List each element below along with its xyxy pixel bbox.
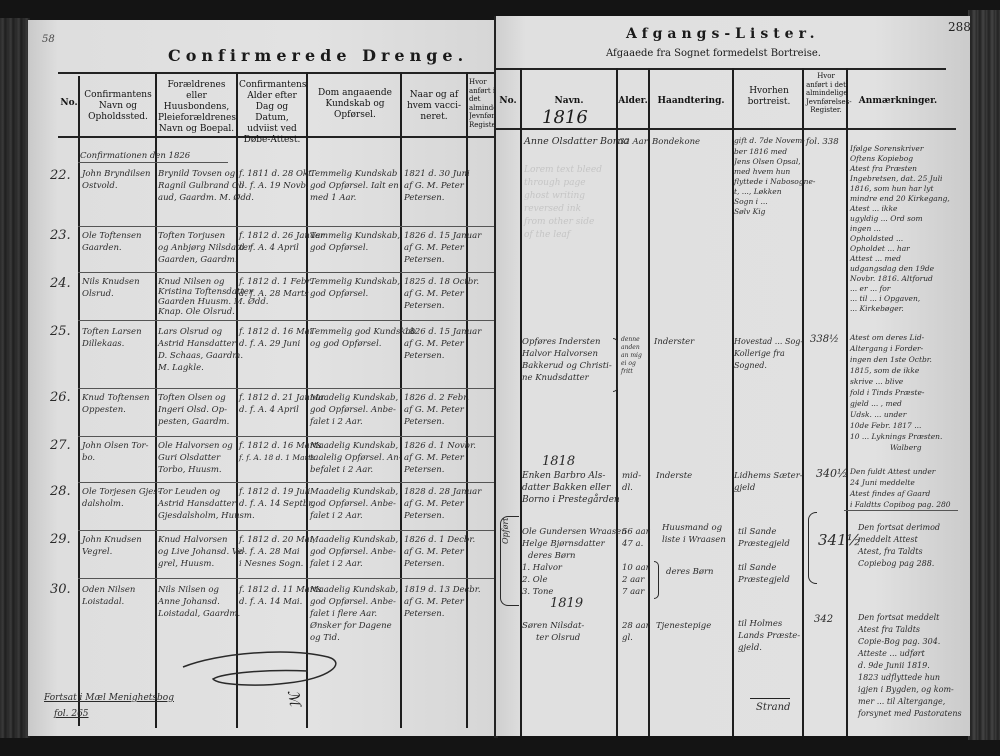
entry-name: Ole Gundersen Wraasen [522,526,627,538]
entry-vaccination: af G. M. Peter [404,338,464,350]
col-divider [400,72,402,728]
entry-destination: gjeld [734,482,755,494]
entry-parents: Anne Johansd. [158,596,220,608]
entry-parents: og Anbjørg Nilsdatter [158,242,252,254]
col-header-name: Navn. [522,96,616,107]
closing-flourish [178,645,348,695]
col-header-register: Hvor anført i det almindelige Jevnførels… [806,72,846,115]
entry-vaccination: 1828 d. 28 Januar [404,486,481,498]
entry-name: Nils Knudsen [82,276,140,288]
col-header-vaccination: Naar og af hvem vacci-neret. [404,90,464,123]
col-divider [78,76,80,726]
entry-vaccination: af G. M. Peter [404,596,464,608]
entry-vaccination: af G. M. Peter [404,242,464,254]
entry-age: 32 Aar [619,136,648,148]
entry-destination: gjeld. [738,642,762,654]
entry-residence: Oppesten. [82,404,126,416]
entry-name: Oden Nilsen [82,584,135,596]
entry-remarks: Atest om deres Lid-Altergang i Forder-in… [850,332,960,453]
footer-note: Fortsat i Mæl Menighetsbog [44,692,174,704]
entry-age: fritt [621,368,633,376]
col-header-remarks: Anmærkninger. [848,96,948,107]
entry-parents: Lars Olsrud og [158,326,222,338]
entry-age: gl. [622,632,633,644]
entry-name: Toften Larsen [82,326,142,338]
entry-judgement: falet i flere Aar. [310,608,377,620]
row-rule [78,530,498,531]
entry-judgement: Maadelig Kundskab, [310,486,398,498]
entry-occupation: Bondekone [652,136,700,148]
bracket [654,561,659,599]
entry-judgement: Temmelig god Kundskab [310,326,416,338]
entry-remarks: Ifølge SorenskriverOftens KopiebogAtest … [850,134,960,314]
book-left-edge [0,18,30,738]
entry-vaccination: Petersen. [404,192,444,204]
entry-destination: til Holmes [738,618,782,630]
entry-name: Anne Olsdatter Borno [524,136,629,148]
entry-name: datter Bakken eller [522,482,610,494]
entry-name: ter Olsrud [536,632,580,644]
entry-age: 47 a. [622,538,643,550]
entry-destination: Sogned. [734,360,767,372]
entry-age: an mig [621,352,642,360]
entry-register: 342 [814,614,833,626]
col-divider [155,72,157,728]
left-page: 58 Confirmerede Drenge. No. Confirmanten… [28,20,498,736]
entry-parents: Toften Olsen og [158,392,226,404]
entry-parents: grel, Huusm. [158,558,214,570]
entry-residence: dalsholm. [82,498,124,510]
entry-vaccination: 1826 d. 15 Januar [404,326,481,338]
entry-parents: Ragnil Gulbrand Ol- [158,180,244,192]
entry-vaccination: 1826 d. 1 Novbr. [404,440,476,452]
row-rule [78,272,498,273]
entry-name: Halvor Halvorsen [522,348,598,360]
entry-baptism: d. f. A. 14 Septbr. [239,498,314,510]
entry-parents: Astrid Hansdatter [158,338,236,350]
entry-judgement: god Opførsel. Anbe- [310,546,396,558]
entry-name: Enken Barbro Als- [522,470,605,482]
entry-parents: Ingeri Olsd. Op- [158,404,227,416]
entry-number: 28. [50,486,71,498]
col-header-age: Alder. [618,96,648,107]
entry-baptism: d. f. A. 28 Mai [239,546,300,558]
entry-parents: Brynild Tovsen og [158,168,235,180]
entry-age: 10 aar [622,562,650,574]
row-rule [78,320,498,321]
entry-remarks: Den fortsat derimodmeddelt AttestAtest, … [858,522,958,570]
section-note: Confirmationen den 1826 [80,150,190,162]
col-divider [520,68,522,736]
entry-birthplace: i Nesnes Sogn. [239,558,303,570]
entry-register: 338½ [810,334,839,346]
entry-vaccination: af G. M. Peter [404,452,464,464]
entry-name: Helge Bjørnsdatter [522,538,605,550]
entry-occupation: Inderster [654,336,694,348]
entry-judgement: god Opførsel. Anbe- [310,404,396,416]
col-divider [846,68,848,736]
bleed-through: Lorem text bleed through page ghost writ… [524,164,602,242]
entry-judgement: Maadelig Kundskab, [310,584,398,596]
entry-name: Ole Toftensen [82,230,141,242]
entry-judgement: Temmelig Kundskab [310,168,397,180]
entry-parents: Guri Olsdatter [158,452,220,464]
entry-parents: Knap. Ole Olsrud. [158,306,235,318]
entry-child-name: 2. Ole [522,574,548,586]
entry-vaccination: Petersen. [404,350,444,362]
right-page-subtitle: Afgaaede fra Sognet formedelst Bortreise… [606,48,821,59]
entry-occupation: Tjenestepige [656,620,711,632]
entry-judgement: Maadelig Kundskab, [310,534,398,546]
entry-residence: Gaarden. [82,242,122,254]
entry-name: Søren Nilsdat- [522,620,584,632]
col-header-occupation: Haandtering. [650,96,732,107]
entry-destination: Præstegjeld [738,538,790,550]
col-header-no: No. [58,98,80,109]
entry-parents: Astrid Hansdatter [158,498,236,510]
entry-vaccination: 1819 d. 13 Decbr. [404,584,481,596]
entry-age: denne [621,336,640,344]
entry-judgement: taalelig Opførsel. An- [310,452,402,464]
entry-number: 25. [50,326,71,338]
entry-residence: Loistadal. [82,596,124,608]
book-right-edge [968,10,1000,740]
col-header-age: Confirmantens Alder efter Dag og Datum, … [239,80,305,146]
entry-birth: f. 1812 d. 19 Juli [239,486,310,498]
col-divider [236,72,238,728]
entry-judgement: god Opførsel. [310,242,368,254]
entry-judgement: god Opførsel. Anbe- [310,498,396,510]
entry-judgement: Ønsker for Dagene [310,620,392,632]
entry-parents: Toften Torjusen [158,230,225,242]
entry-parents: Nils Nilsen og [158,584,219,596]
entry-parents: og Live Johansd. Ve- [158,546,245,558]
entry-age: 2 aar [622,574,644,586]
entry-judgement: Temmelig Kundskab, [310,230,400,242]
header-top-rule [58,72,498,74]
signature-mark: Strand [756,702,790,714]
entry-remarks: Den fuldt Attest under24 Juni meddelteAt… [850,466,960,510]
entry-vaccination: 1821 d. 30 Juni [404,168,470,180]
right-page: 288 Afgangs-Lister. Afgaaede fra Sognet … [496,16,970,736]
entry-number: 23. [50,230,71,242]
entry-judgement: Maadelig Kundskab, [310,392,398,404]
entry-judgement: falet i 2 Aar. [310,416,363,428]
entry-occupation: liste i Wraasen [662,534,726,546]
entry-judgement: Maadelig Kundskab, [310,440,398,452]
entry-number: 24. [50,278,71,290]
entry-birth: f. 1812 d. 1 Febr. [239,276,312,288]
entry-remarks: Den fortsat meddeltAtest fra TaldtsCopie… [858,612,958,720]
row-rule [78,388,498,389]
entry-destination: Lidhems Sæter- [734,470,803,482]
entry-birth: f. 1812 d. 20 Mai, [239,534,315,546]
entry-residence: Dillekaas. [82,338,124,350]
col-divider [802,68,804,736]
left-page-title: Confirmerede Drenge. [168,46,468,65]
entry-parents: aud, Gaardm. M. Ødd. [158,192,254,204]
entry-judgement: god Opførsel. Ialt en [310,180,399,192]
entry-judgement: og god Opførsel. [310,338,382,350]
entry-number: 27. [50,440,71,452]
row-rule [78,226,498,227]
ledger-book-spread: 58 Confirmerede Drenge. No. Confirmanten… [0,0,1000,756]
entry-parents: D. Schaas, Gaardm. [158,350,243,362]
col-divider [616,68,618,736]
year-marker: 1819 [550,598,583,610]
signature-mark: ℳ [287,689,302,707]
entry-vaccination: Petersen. [404,416,444,428]
entry-parents: Torbo, Huusm. [158,464,222,476]
entry-age: mid- [622,470,641,482]
entry-parents: Gaarden, Gaardm. [158,254,238,266]
col-header-parents: Forældrenes eller Huusbondens, Pleieforæ… [158,80,235,135]
entry-name: Opføres Indersten [522,336,600,348]
register-bracket [808,512,817,584]
entry-residence: Ostvold. [82,180,118,192]
header-top-rule [496,68,946,70]
row-rule [78,482,498,483]
family-bracket [500,516,519,606]
entry-parents: Tor Leuden og [158,486,220,498]
entry-age: ei og [621,360,636,368]
entry-parents: Ole Halvorsen og [158,440,233,452]
entry-vaccination: Petersen. [404,254,444,266]
entry-age: anden [621,344,640,352]
entry-parents: Loistadal, Gaardm. [158,608,240,620]
col-header-no: No. [496,96,520,107]
page-number: 288 [948,20,971,34]
entry-baptism: d. f. A. 29 Juni [239,338,300,350]
entry-name: John Olsen Tor- [82,440,149,452]
entry-age: 56 aar [622,526,650,538]
footer-folio: fol. 265 [54,708,89,720]
entry-vaccination: 1826 d. 2 Febr. [404,392,469,404]
entry-vaccination: 1826 d. 1 Decbr. [404,534,475,546]
row-rule [78,436,498,437]
entry-parents: M. Lagkle. [158,362,204,374]
entry-baptism: d. f. A. 4 April [239,242,299,254]
row-rule [78,162,228,163]
entry-age: dl. [622,482,633,494]
entry-parents: Gjesdalsholm, Huusm. [158,510,255,522]
entry-residence: Vegrel. [82,546,112,558]
entry-destination: til Sande [738,562,776,574]
entry-judgement: god Opførsel. Anbe- [310,596,396,608]
entry-age: 7 aar [622,586,644,598]
entry-destination: Hovestad ... Sog- [734,336,803,348]
entry-residence: Olsrud. [82,288,114,300]
corner-mark: 58 [42,34,55,46]
entry-occupation: Huusmand og [662,522,722,534]
entry-register: 341½ [818,534,861,546]
entry-occupation: deres Børn [666,566,714,578]
entry-name: John Knudsen [82,534,142,546]
entry-register: fol. 338 [806,136,839,148]
entry-name: Borno i Prestegården [522,494,620,506]
entry-vaccination: af G. M. Peter [404,288,464,300]
col-header-judgement: Dom angaaende Kundskab og Opførsel. [313,88,397,121]
entry-vaccination: Petersen. [404,300,444,312]
entry-vaccination: af G. M. Peter [404,404,464,416]
entry-age: 28 aar [622,620,650,632]
entry-parents: Knud Halvorsen [158,534,228,546]
entry-name: deres Børn [528,550,576,562]
entry-vaccination: Petersen. [404,510,444,522]
year-marker: 1816 [542,112,588,124]
entry-register: 340½ [816,468,848,480]
entry-occupation: Inderste [656,470,692,482]
entry-name: Knud Toftensen [82,392,150,404]
entry-residence: bo. [82,452,95,464]
entry-judgement: falet i 2 Aar. [310,558,363,570]
entry-vaccination: Petersen. [404,608,444,620]
entry-destination: til Sande [738,526,776,538]
col-header-destination: Hvorhen bortreist. [736,86,802,108]
entry-vaccination: af G. M. Peter [404,498,464,510]
entry-vaccination: 1825 d. 18 Octbr. [404,276,479,288]
entry-number: 26. [50,392,71,404]
col-divider [648,68,650,736]
entry-judgement: falet i 2 Aar. [310,510,363,522]
entry-number: 29. [50,534,71,546]
entry-vaccination: af G. M. Peter [404,546,464,558]
entry-baptism: d. f. A. 14 Mai. [239,596,302,608]
entry-vaccination: af G. M. Peter [404,180,464,192]
bracket [613,338,618,392]
entry-judgement: befalet i 2 Aar. [310,464,373,476]
entry-name: Ole Torjesen Gjes- [82,486,161,498]
entry-baptism: d. f. A. 19 Novb. [239,180,309,192]
entry-destination: Lands Præste- [738,630,800,642]
signature-rule [750,698,790,699]
entry-destination: Kollerige fra [734,348,785,360]
entry-child-name: 3. Tone [522,586,553,598]
entry-destination: Præstegjeld [738,574,790,586]
entry-judgement: Temmelig Kundskab, [310,276,400,288]
entry-name: John Bryndilsen [82,168,151,180]
entry-baptism: f. f. A. 18 d. 1 Marts [239,452,315,464]
entry-vaccination: 1826 d. 15 Januar [404,230,481,242]
entry-vaccination: Petersen. [404,558,444,570]
entry-birth: f. 1811 d. 28 Okt. [239,168,314,180]
entry-baptism: d. f. A. 28 Marts [239,288,309,300]
entry-judgement: god Opførsel. [310,288,368,300]
entry-vaccination: Petersen. [404,464,444,476]
entry-number: 30. [50,584,71,596]
right-page-title: Afgangs-Lister. [626,26,820,42]
entry-number: 22. [50,170,71,182]
entry-birth: f. 1812 d. 16 Mai [239,326,312,338]
header-bottom-rule [496,128,956,130]
entry-baptism: d. f. A. 4 April [239,404,299,416]
entry-name: ne Knudsdatter [522,372,589,384]
row-rule [78,578,498,579]
entry-parents: pesten, Gaardm. [158,416,229,428]
entry-destination: Sølv Kig [734,206,765,218]
row-rule [844,510,958,511]
entry-judgement: og Tid. [310,632,340,644]
entry-name: Bakkerud og Christi- [522,360,612,372]
year-marker: 1818 [542,456,575,468]
entry-child-name: 1. Halvor [522,562,562,574]
entry-destination: gift d. 7de Novem- [734,136,805,146]
col-header-name: Confirmantens Navn og Opholdssted. [82,90,154,123]
entry-judgement: med 1 Aar. [310,192,356,204]
